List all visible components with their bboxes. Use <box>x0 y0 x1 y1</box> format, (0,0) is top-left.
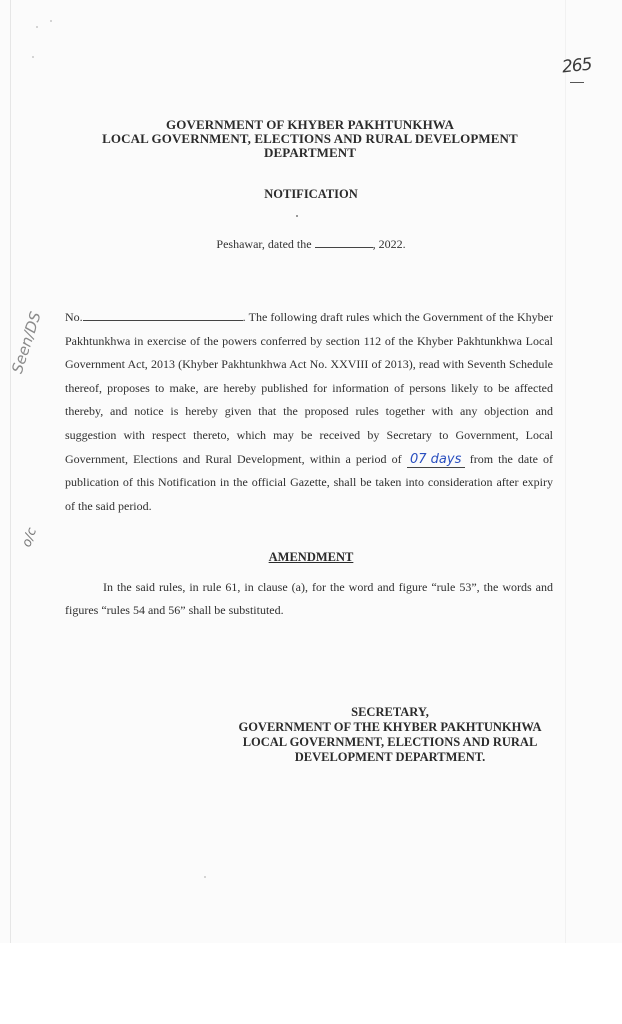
amendment-title: AMENDMENT <box>0 550 622 565</box>
scan-speck <box>204 876 206 878</box>
scan-speck <box>36 26 38 28</box>
scanned-page: 265 GOVERNMENT OF KHYBER PAKHTUNKHWA LOC… <box>0 0 622 943</box>
scan-artifact-line <box>10 0 11 943</box>
scan-speck <box>32 56 34 58</box>
notification-title: NOTIFICATION <box>0 187 622 202</box>
page-number-underline <box>570 82 584 83</box>
number-label: No. <box>65 310 83 324</box>
notification-body: No.. The following draft rules which the… <box>65 306 553 518</box>
signature-line-1: SECRETARY, <box>215 705 565 720</box>
margin-handwritten-note: Seen/DS <box>8 309 45 375</box>
date-blank <box>315 237 373 248</box>
number-blank <box>83 310 243 321</box>
scan-speck <box>50 20 52 22</box>
header-line-1: GOVERNMENT OF KHYBER PAKHTUNKHWA <box>70 118 550 132</box>
amendment-text: In the said rules, in rule 61, in clause… <box>65 576 553 622</box>
header-line-3: DEPARTMENT <box>70 146 550 160</box>
signature-block: SECRETARY, GOVERNMENT OF THE KHYBER PAKH… <box>215 705 565 765</box>
scan-speck <box>296 215 298 217</box>
date-suffix: , 2022. <box>373 237 406 251</box>
scan-artifact-line <box>565 0 566 943</box>
signature-line-2: GOVERNMENT OF THE KHYBER PAKHTUNKHWA <box>215 720 565 735</box>
header-line-2: LOCAL GOVERNMENT, ELECTIONS AND RURAL DE… <box>70 132 550 146</box>
date-line: Peshawar, dated the , 2022. <box>0 237 622 252</box>
margin-handwritten-note: o/c <box>19 526 40 549</box>
handwritten-page-number: 265 <box>561 55 592 78</box>
signature-line-3: LOCAL GOVERNMENT, ELECTIONS AND RURAL <box>215 735 565 750</box>
signature-line-4: DEVELOPMENT DEPARTMENT. <box>215 750 565 765</box>
body-text-part-1: . The following draft rules which the Go… <box>65 310 553 466</box>
date-prefix: Peshawar, dated the <box>216 237 314 251</box>
document-header: GOVERNMENT OF KHYBER PAKHTUNKHWA LOCAL G… <box>70 118 550 160</box>
handwritten-period: 07 days <box>407 453 465 468</box>
